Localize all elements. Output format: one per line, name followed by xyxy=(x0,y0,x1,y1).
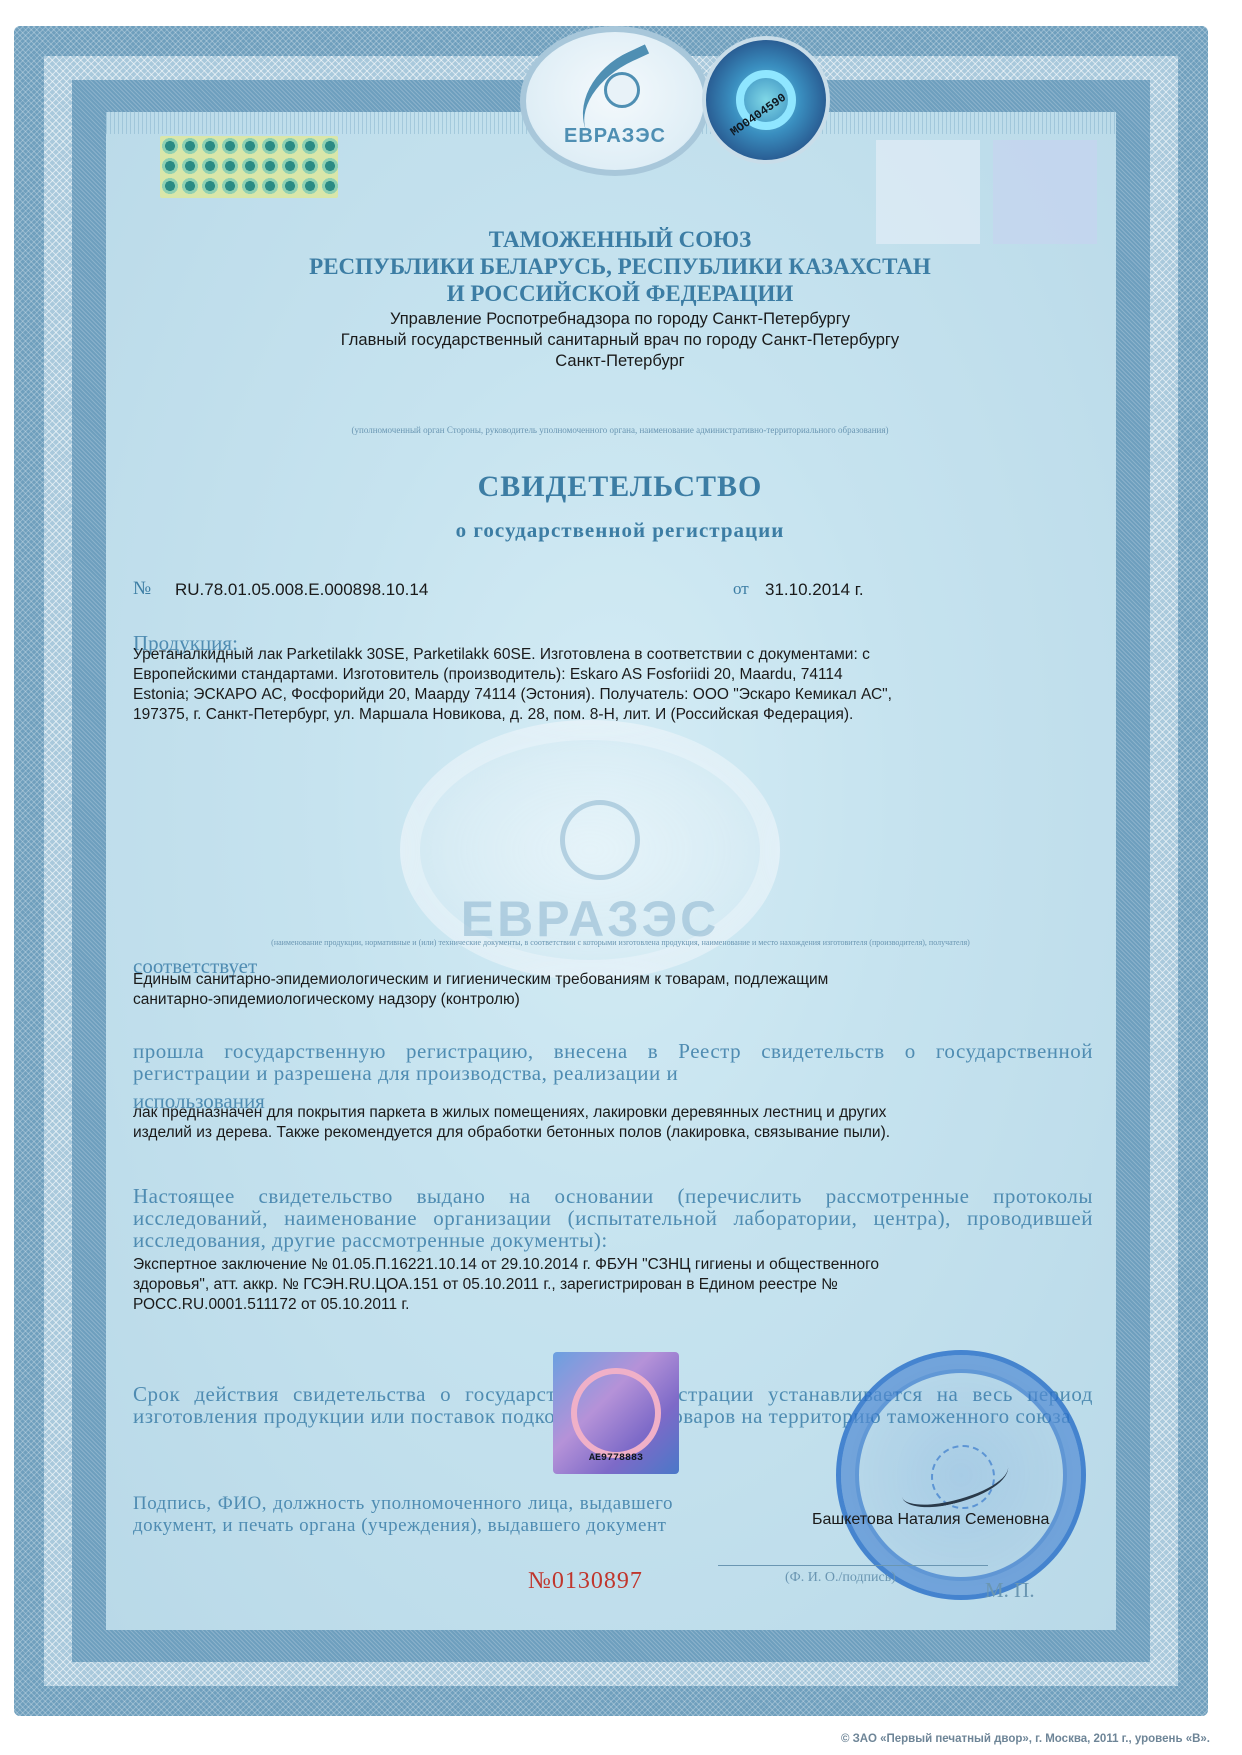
union-title-line: И РОССИЙСКОЙ ФЕДЕРАЦИИ xyxy=(200,280,1040,307)
union-title-line: ТАМОЖЕННЫЙ СОЮЗ xyxy=(200,226,1040,253)
product-description: Уретаналкидный лак Parketilakk 30SE, Par… xyxy=(133,645,1093,725)
authority-line: Управление Роспотребнадзора по городу Са… xyxy=(200,309,1040,330)
hologram-strip-icon xyxy=(160,136,338,198)
conforms-line: санитарно-эпидемиологическому надзору (к… xyxy=(133,990,1093,1010)
usage-line: лак предназначен для покрытия паркета в … xyxy=(133,1103,1093,1123)
product-line: Уретаналкидный лак Parketilakk 30SE, Par… xyxy=(133,645,1093,665)
date-label: от xyxy=(733,579,749,599)
signature-instructions: Подпись, ФИО, должность уполномоченного … xyxy=(133,1493,673,1537)
signature-line xyxy=(718,1565,988,1566)
signature-caption: (Ф. И. О./подпись) xyxy=(785,1570,896,1586)
printer-credit: © ЗАО «Первый печатный двор», г. Москва,… xyxy=(841,1733,1210,1745)
registration-number-row: № RU.78.01.05.008.Е.000898.10.14 от 31.1… xyxy=(133,578,1013,602)
form-serial-number: №0130897 xyxy=(528,1568,643,1595)
globe-icon xyxy=(604,72,640,108)
product-line: 197375, г. Санкт-Петербург, ул. Маршала … xyxy=(133,705,1093,725)
registration-number: RU.78.01.05.008.Е.000898.10.14 xyxy=(175,580,428,600)
authority-caption: (уполномоченный орган Стороны, руководит… xyxy=(200,425,1040,435)
hologram-ring xyxy=(571,1368,661,1458)
emblem-label: ЕВРАЗЭС xyxy=(526,125,704,148)
union-title-line: РЕСПУБЛИКИ БЕЛАРУСЬ, РЕСПУБЛИКИ КАЗАХСТА… xyxy=(200,253,1040,280)
authority-line: Санкт-Петербург xyxy=(200,351,1040,372)
usage-line: изделий из дерева. Также рекомендуется д… xyxy=(133,1123,1093,1143)
conforms-line: Единым санитарно-эпидемиологическим и ги… xyxy=(133,970,1093,990)
hologram-seal-icon: МО0404590 xyxy=(702,36,830,164)
signatory-name: Башкетова Наталия Семеновна xyxy=(812,1510,1049,1530)
hologram-sticker-icon: AE9778883 xyxy=(553,1352,679,1474)
product-caption: (наименование продукции, нормативные и (… xyxy=(133,938,1108,947)
registration-statement: прошла государственную регистрацию, внес… xyxy=(133,1040,1093,1084)
basis-line: здоровья", атт. аккр. № ГСЭН.RU.ЦОА.151 … xyxy=(133,1275,1093,1295)
basis-line: Экспертное заключение № 01.05.П.16221.10… xyxy=(133,1255,1093,1275)
basis-documents: Экспертное заключение № 01.05.П.16221.10… xyxy=(133,1255,1093,1315)
number-sign: № xyxy=(133,578,151,600)
usage-description: лак предназначен для покрытия паркета в … xyxy=(133,1103,1093,1143)
issuing-authority: Управление Роспотребнадзора по городу Са… xyxy=(200,309,1040,372)
product-line: Европейскими стандартами. Изготовитель (… xyxy=(133,665,1093,685)
evrazes-emblem-icon: ЕВРАЗЭС xyxy=(520,26,710,176)
conforms-text: Единым санитарно-эпидемиологическим и ги… xyxy=(133,970,1093,1010)
basis-statement: Настоящее свидетельство выдано на основа… xyxy=(133,1185,1093,1251)
registration-date: 31.10.2014 г. xyxy=(765,580,864,600)
product-line: Estonia; ЭСКАРО АС, Фосфорийди 20, Маард… xyxy=(133,685,1093,705)
document-subtitle: о государственной регистрации xyxy=(200,518,1040,543)
hologram-serial: AE9778883 xyxy=(553,1453,679,1464)
union-title: ТАМОЖЕННЫЙ СОЮЗ РЕСПУБЛИКИ БЕЛАРУСЬ, РЕС… xyxy=(200,226,1040,307)
document-title: СВИДЕТЕЛЬСТВО xyxy=(200,470,1040,504)
seal-place-label: М. П. xyxy=(985,1578,1035,1603)
watermark-globe-icon xyxy=(560,800,640,880)
authority-line: Главный государственный санитарный врач … xyxy=(200,330,1040,351)
basis-line: РОСС.RU.0001.511172 от 05.10.2011 г. xyxy=(133,1295,1093,1315)
